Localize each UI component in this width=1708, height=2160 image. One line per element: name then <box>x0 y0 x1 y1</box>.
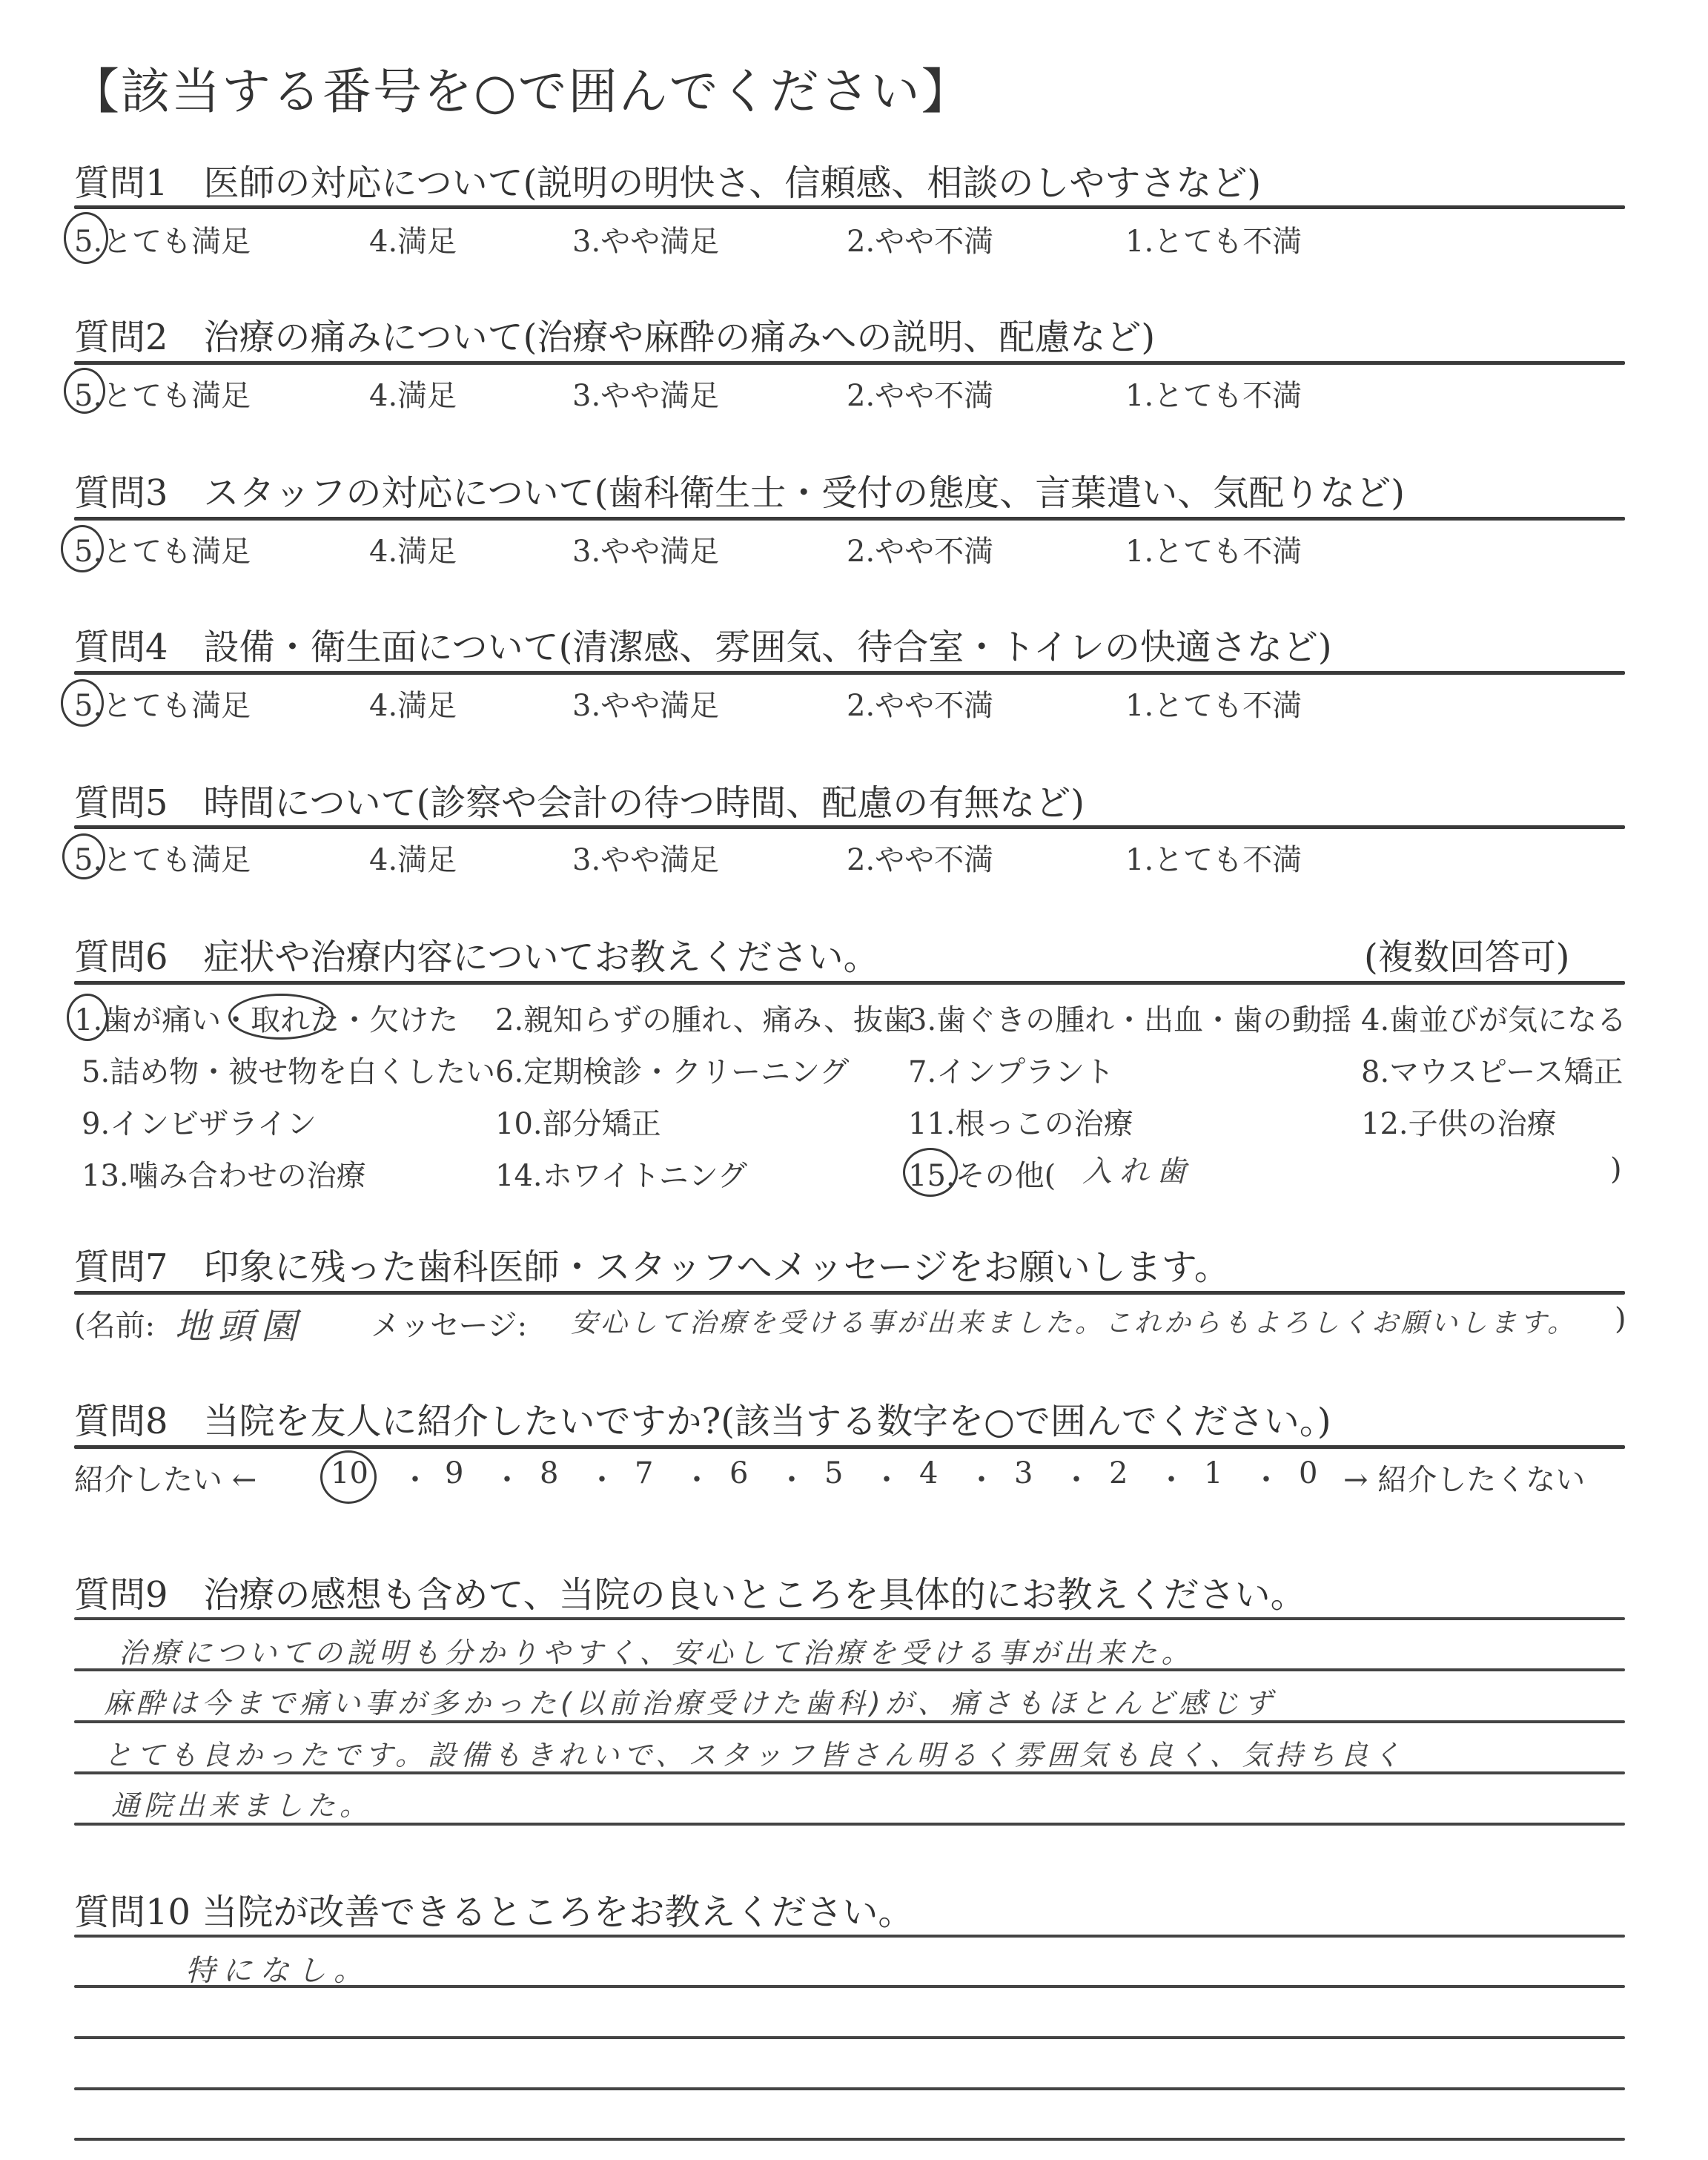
q2-rule <box>74 361 1625 365</box>
q2-heading: 質問2 治療の痛みについて(治療や麻酔の痛みへの説明、配慮など) <box>74 308 1155 360</box>
q8-scale-4[interactable]: 4 <box>919 1456 938 1490</box>
q7-heading: 質問7 印象に残った歯科医師・スタッフへメッセージをお願いします。 <box>74 1238 1230 1289</box>
q4-option-3[interactable]: 3.やや満足 <box>572 682 719 724</box>
q7-message-value[interactable]: 安心して治療を受ける事が出来ました。これからもよろしくお願いします。 <box>571 1302 1577 1340</box>
q9-rule-0 <box>74 1617 1625 1620</box>
q7-message-label: メッセージ: <box>371 1302 527 1344</box>
q8-dot: ・ <box>1156 1456 1186 1499</box>
q6-option-8[interactable]: 8.マウスピース矯正 <box>1361 1048 1623 1091</box>
q10-rule-1 <box>74 1985 1625 1988</box>
q6-option-4[interactable]: 4.歯並びが気になる <box>1361 997 1626 1039</box>
q9-rule-4 <box>74 1823 1625 1826</box>
q1-rule <box>74 205 1625 209</box>
q10-rule-2 <box>74 2036 1625 2039</box>
q3-rule <box>74 517 1625 521</box>
q2-option-2[interactable]: 2.やや不満 <box>847 372 993 415</box>
q5-heading: 質問5 時間について(診察や会計の待つ時間、配慮の有無など) <box>74 774 1085 825</box>
q2-option-3[interactable]: 3.やや満足 <box>572 372 719 415</box>
q6-option-7[interactable]: 7.インプラント <box>908 1048 1114 1091</box>
q8-right-label: → 紹介したくない <box>1343 1456 1585 1499</box>
q8-scale-9[interactable]: 9 <box>445 1456 463 1490</box>
q10-rule-0 <box>74 1935 1625 1938</box>
q6-option-11[interactable]: 11.根っこの治療 <box>908 1100 1133 1143</box>
q4-option-4[interactable]: 4.満足 <box>369 682 457 724</box>
q1-option-3[interactable]: 3.やや満足 <box>572 218 719 260</box>
q6-selection-circle-15 <box>903 1148 958 1197</box>
q8-scale-1[interactable]: 1 <box>1204 1456 1222 1490</box>
q1-option-4[interactable]: 4.満足 <box>369 218 457 260</box>
q3-option-4[interactable]: 4.満足 <box>369 528 457 570</box>
q6-other-close-paren: ) <box>1610 1152 1622 1186</box>
q6-option-10[interactable]: 10.部分矯正 <box>495 1100 661 1143</box>
q8-scale-8[interactable]: 8 <box>540 1456 558 1490</box>
q6-note: (複数回答可) <box>1364 928 1569 980</box>
q10-rule-4 <box>74 2138 1625 2141</box>
q7-rule <box>74 1291 1625 1295</box>
q4-rule <box>74 671 1625 675</box>
q6-selection-circle-1 <box>67 994 108 1041</box>
q9-line-2[interactable]: 麻酔は今まで痛い事が多かった(以前治療受けた歯科)が、痛さもほとんど感じず <box>104 1680 1277 1721</box>
q5-option-3[interactable]: 3.やや満足 <box>572 836 719 879</box>
q8-dot: ・ <box>587 1456 617 1499</box>
q5-selection-circle <box>62 833 105 879</box>
q8-scale-2[interactable]: 2 <box>1109 1456 1128 1490</box>
q9-rule-3 <box>74 1771 1625 1774</box>
q4-option-2[interactable]: 2.やや不満 <box>847 682 993 724</box>
q6-option-13[interactable]: 13.噛み合わせの治療 <box>82 1152 366 1195</box>
q8-heading: 質問8 当院を友人に紹介したいですか?(該当する数字を○で囲んでください。) <box>74 1393 1331 1444</box>
page-title: 【該当する番号を○で囲んでください】 <box>70 52 972 122</box>
q9-heading: 質問9 治療の感想も含めて、当院の良いところを具体的にお教えください。 <box>74 1566 1306 1617</box>
q9-rule-1 <box>74 1668 1625 1671</box>
q6-option-9[interactable]: 9.インビザライン <box>82 1100 317 1143</box>
q4-option-1[interactable]: 1.とても不満 <box>1125 682 1302 724</box>
q7-close-paren: ) <box>1615 1302 1626 1336</box>
q8-scale-5[interactable]: 5 <box>824 1456 843 1490</box>
q8-dot: ・ <box>682 1456 712 1499</box>
q9-line-1[interactable]: 治療についての説明も分かりやすく、安心して治療を受ける事が出来た。 <box>119 1630 1194 1671</box>
q6-rule <box>74 981 1625 985</box>
q6-option-12[interactable]: 12.子供の治療 <box>1361 1100 1557 1143</box>
q1-option-1[interactable]: 1.とても不満 <box>1125 218 1302 260</box>
q8-rule <box>74 1445 1625 1449</box>
q3-option-1[interactable]: 1.とても不満 <box>1125 528 1302 570</box>
q8-selection-circle <box>320 1450 377 1504</box>
q2-selection-circle <box>64 368 105 414</box>
q4-heading: 質問4 設備・衛生面について(清潔感、雰囲気、待合室・トイレの快適さなど) <box>74 618 1332 670</box>
q8-scale-7[interactable]: 7 <box>635 1456 653 1490</box>
q2-option-4[interactable]: 4.満足 <box>369 372 457 415</box>
q5-option-2[interactable]: 2.やや不満 <box>847 836 993 879</box>
q3-option-3[interactable]: 3.やや満足 <box>572 528 719 570</box>
q8-scale-0[interactable]: 0 <box>1299 1456 1317 1490</box>
q10-rule-3 <box>74 2087 1625 2090</box>
q6-option-6[interactable]: 6.定期検診・クリーニング <box>495 1048 849 1091</box>
q1-selection-circle <box>64 212 108 264</box>
q4-selection-circle <box>61 679 104 727</box>
q10-line-1[interactable]: 特になし。 <box>185 1947 371 1989</box>
q3-heading: 質問3 スタッフの対応について(歯科衛生士・受付の態度、言葉遣い、気配りなど) <box>74 464 1405 515</box>
q9-line-3[interactable]: とても良かったです。設備もきれいで、スタッフ皆さん明るく雰囲気も良く、気持ち良く <box>104 1732 1405 1773</box>
q6-option-5[interactable]: 5.詰め物・被せ物を白くしたい <box>82 1048 495 1091</box>
q6-selection-circle-sub <box>228 994 334 1040</box>
q8-scale-3[interactable]: 3 <box>1014 1456 1033 1490</box>
q1-option-2[interactable]: 2.やや不満 <box>847 218 993 260</box>
q8-dot: ・ <box>400 1456 430 1499</box>
q2-option-1[interactable]: 1.とても不満 <box>1125 372 1302 415</box>
q10-heading: 質問10 当院が改善できるところをお教えください。 <box>74 1883 913 1935</box>
q8-scale-6[interactable]: 6 <box>729 1456 748 1490</box>
q5-option-4[interactable]: 4.満足 <box>369 836 457 879</box>
q8-dot: ・ <box>777 1456 807 1499</box>
q8-dot: ・ <box>967 1456 996 1499</box>
q3-option-2[interactable]: 2.やや不満 <box>847 528 993 570</box>
q6-option-2[interactable]: 2.親知らずの腫れ、痛み、抜歯 <box>495 997 913 1039</box>
q9-rule-2 <box>74 1720 1625 1723</box>
q6-heading: 質問6 症状や治療内容についてお教えください。 <box>74 928 879 980</box>
q8-dot: ・ <box>872 1456 901 1499</box>
q9-line-4[interactable]: 通院出来ました。 <box>111 1783 372 1823</box>
q8-dot: ・ <box>492 1456 522 1499</box>
q6-option-3[interactable]: 3.歯ぐきの腫れ・出血・歯の動揺 <box>908 997 1351 1039</box>
q3-selection-circle <box>61 525 104 572</box>
q8-left-label: 紹介したい ← <box>74 1456 256 1499</box>
q6-option-14[interactable]: 14.ホワイトニング <box>495 1152 747 1195</box>
q5-option-1[interactable]: 1.とても不満 <box>1125 836 1302 879</box>
q8-dot: ・ <box>1251 1456 1281 1499</box>
q7-name-label: (名前: <box>74 1302 155 1344</box>
q8-dot: ・ <box>1062 1456 1091 1499</box>
q7-name-value[interactable]: 地頭園 <box>175 1298 304 1349</box>
q5-rule <box>74 825 1625 829</box>
q1-heading: 質問1 医師の対応について(説明の明快さ、信頼感、相談のしやすさなど) <box>74 154 1261 205</box>
q6-other-text[interactable]: 入れ歯 <box>1082 1148 1194 1190</box>
